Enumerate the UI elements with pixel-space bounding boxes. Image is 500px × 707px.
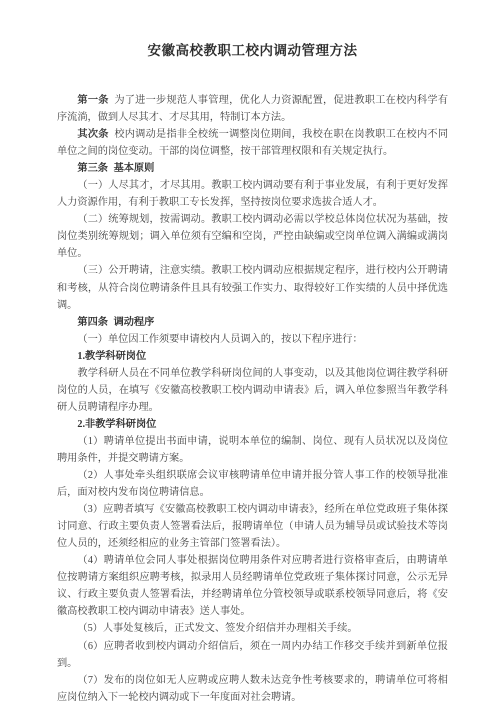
paragraph-step-3: （3）应聘者填写《安徽高校教职工校内调动申请表》，经所在单位党政班子集体探讨同意…	[57, 501, 448, 552]
paragraph-procedure-intro: （一）单位因工作须要申请校内人员调入的，按以下程序进行：	[57, 331, 448, 348]
clause-text: （2）人事处牵头组织联席会议审核聘请单位申请并报分管人事工作的校领导批准后，面对…	[57, 470, 448, 498]
paragraph-article-2: 其次条校内调动是指非全校统一调整岗位期间，我校在职在岗教职工在校内不同单位之间的…	[57, 126, 448, 160]
paragraph-step-7: （7）发布的岗位如无人应聘或应聘人数未达竞争性考核要求的，聘请单位可将相应岗位纳…	[57, 672, 448, 706]
paragraph-teaching-posts-body: 教学科研人员在不同单位教学科研岗位间的人事变动，以及其他岗位调往教学科研岗位的人…	[57, 365, 448, 416]
clause-text: （4）聘请单位会同人事处根据岗位聘用条件对应聘者进行资格审查后，由聘请单位按聘请…	[57, 555, 448, 617]
clause-text: （1）聘请单位提出书面申请，说明本单位的编制、岗位、现有人员状况以及岗位聘用条件…	[57, 436, 448, 464]
clause-number: 其次条	[77, 129, 108, 140]
clause-text: 校内调动是指非全校统一调整岗位期间，我校在职在岗教职工在校内不同单位之间的岗位变…	[57, 129, 448, 157]
clause-text: （7）发布的岗位如无人应聘或应聘人数未达竞争性考核要求的，聘请单位可将相应岗位纳…	[57, 675, 448, 703]
paragraph-article-3-heading: 第三条基本原则	[57, 160, 448, 177]
paragraph-principle-2: （二）统筹规划，按需调动。教职工校内调动必需以学校总体岗位状况为基础，按岗位类别…	[57, 211, 448, 262]
paragraph-step-2: （2）人事处牵头组织联席会议审核聘请单位申请并报分管人事工作的校领导批准后，面对…	[57, 467, 448, 501]
paragraph-article-4-heading: 第四条调动程序	[57, 314, 448, 331]
clause-text: （一）人尽其才，才尽其用。教职工校内调动要有利于事业发展，有利于更好发挥人力资源…	[57, 180, 448, 208]
clause-number: 第一条	[77, 95, 108, 106]
clause-text: 为了进一步规范人事管理，优化人力资源配置，促进教职工在校内科学有序流淌，做到人尽…	[57, 95, 448, 123]
clause-text: （6）应聘者收到校内调动介绍信后，须在一周内办结工作移交手续并到新单位报到。	[57, 641, 448, 669]
paragraph-step-5: （5）人事处复核后，正式发文、签发介绍信并办理相关手续。	[57, 620, 448, 637]
clause-text: 2.非教学科研岗位	[77, 419, 156, 430]
clause-text: （3）应聘者填写《安徽高校教职工校内调动申请表》，经所在单位党政班子集体探讨同意…	[57, 504, 448, 549]
clause-text: （三）公开聘请，注意实绩。教职工校内调动应根据规定程序，进行校内公开聘请和考核，…	[57, 265, 448, 310]
clause-text: 基本原则	[114, 163, 155, 174]
clause-number: 第三条	[77, 163, 108, 174]
document-title: 安徽高校教职工校内调动管理方法	[57, 41, 448, 60]
paragraph-principle-1: （一）人尽其才，才尽其用。教职工校内调动要有利于事业发展，有利于更好发挥人力资源…	[57, 177, 448, 211]
paragraph-step-6: （6）应聘者收到校内调动介绍信后，须在一周内办结工作移交手续并到新单位报到。	[57, 638, 448, 672]
paragraph-subheading-teaching-posts: 1.教学科研岗位	[57, 348, 448, 365]
clause-text: （一）单位因工作须要申请校内人员调入的，按以下程序进行：	[77, 334, 362, 345]
paragraph-article-1: 第一条为了进一步规范人事管理，优化人力资源配置，促进教职工在校内科学有序流淌，做…	[57, 92, 448, 126]
paragraph-step-1: （1）聘请单位提出书面申请，说明本单位的编制、岗位、现有人员状况以及岗位聘用条件…	[57, 433, 448, 467]
paragraph-principle-3: （三）公开聘请，注意实绩。教职工校内调动应根据规定程序，进行校内公开聘请和考核，…	[57, 262, 448, 313]
clause-text: 教学科研人员在不同单位教学科研岗位间的人事变动，以及其他岗位调往教学科研岗位的人…	[57, 368, 448, 413]
clause-text: （5）人事处复核后，正式发文、签发介绍信并办理相关手续。	[77, 623, 357, 634]
clause-number: 第四条	[77, 317, 108, 328]
clause-text: 1.教学科研岗位	[77, 351, 146, 362]
paragraph-step-4: （4）聘请单位会同人事处根据岗位聘用条件对应聘者进行资格审查后，由聘请单位按聘请…	[57, 552, 448, 620]
paragraph-subheading-non-teaching-posts: 2.非教学科研岗位	[57, 416, 448, 433]
clause-text: （二）统筹规划，按需调动。教职工校内调动必需以学校总体岗位状况为基础，按岗位类别…	[57, 214, 448, 259]
clause-text: 调动程序	[114, 317, 155, 328]
document-page: 安徽高校教职工校内调动管理方法 第一条为了进一步规范人事管理，优化人力资源配置，…	[0, 0, 500, 707]
document-body: 第一条为了进一步规范人事管理，优化人力资源配置，促进教职工在校内科学有序流淌，做…	[57, 92, 448, 706]
